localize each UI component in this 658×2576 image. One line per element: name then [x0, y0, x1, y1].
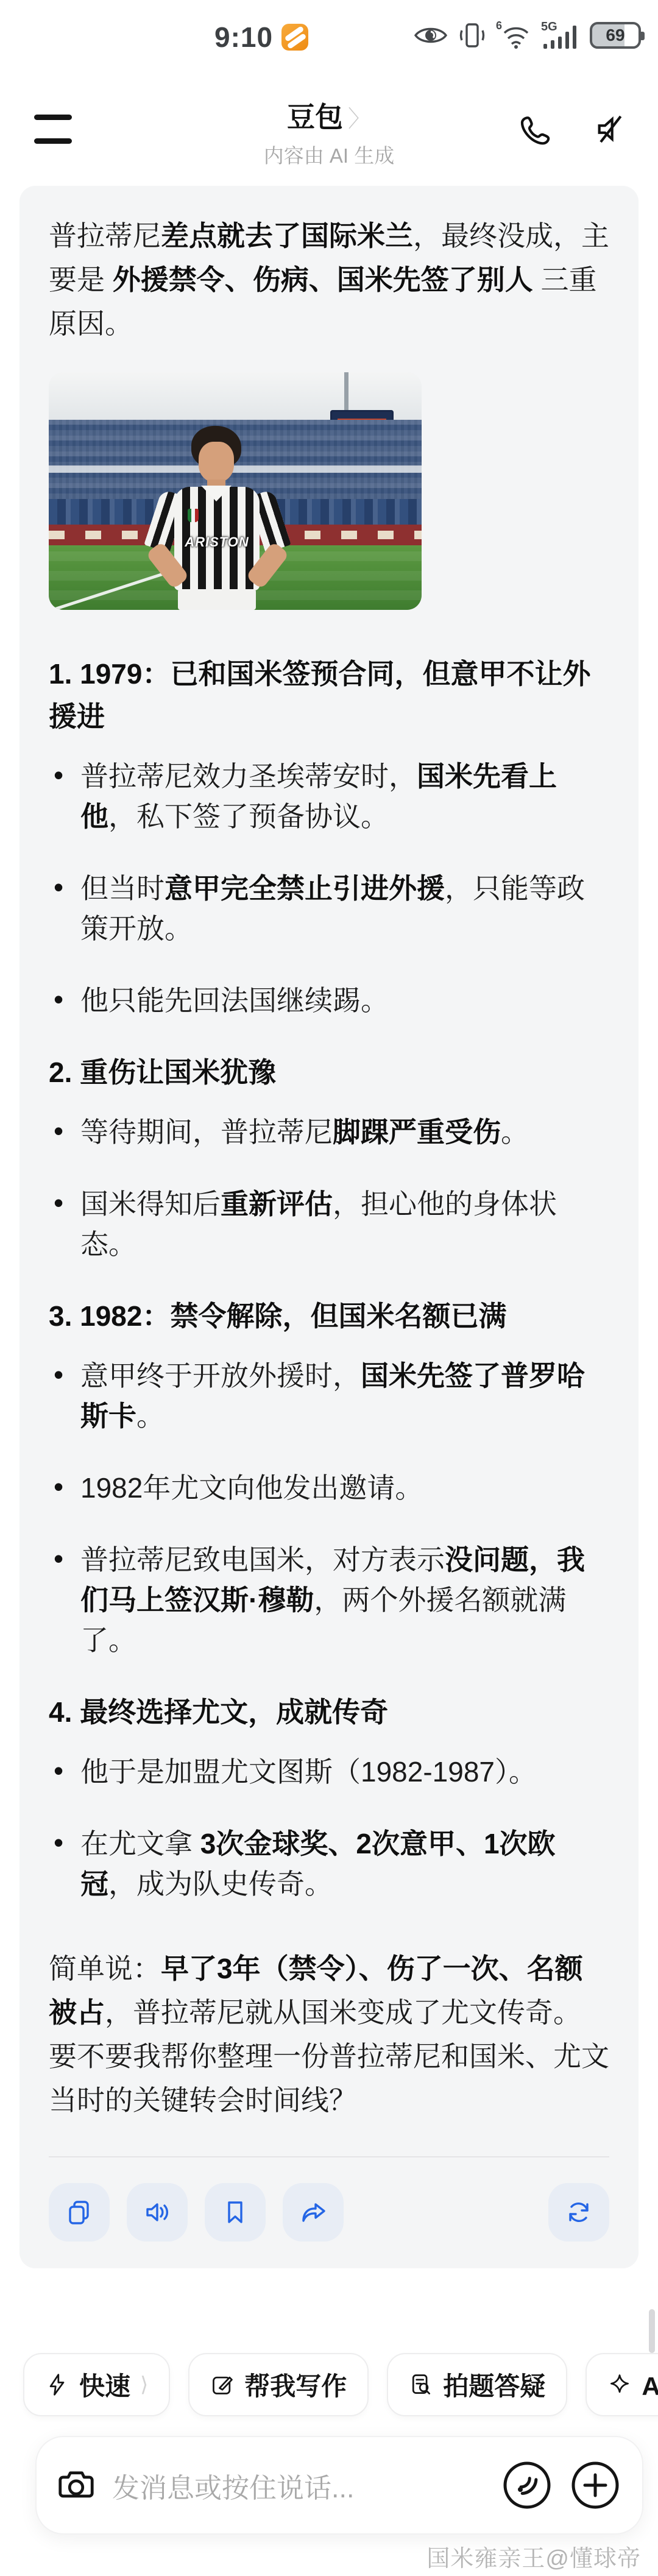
bot-title-row[interactable]: 豆包 〉: [287, 95, 371, 135]
chevron-right-icon: ⟩: [140, 2373, 148, 2397]
list-item: 1982年尤文向他发出邀请。: [49, 1468, 609, 1508]
platini-photo[interactable]: ARISTON: [49, 372, 422, 610]
voice-call-icon[interactable]: [518, 112, 552, 146]
message-input[interactable]: 发消息或按住说话...: [112, 2466, 501, 2505]
chip-label: 快速: [79, 2366, 130, 2403]
message-action-bar: [49, 2183, 609, 2242]
plus-icon[interactable]: [569, 2459, 621, 2511]
summary-block: 简单说：早了3年（禁令）、伤了一次、名额被占，普拉蒂尼就从国米变成了尤文传奇。 …: [49, 1947, 609, 2122]
watermark: 国米雍亲王@懂球帝: [426, 2539, 641, 2573]
voice-wave-icon[interactable]: [501, 2459, 553, 2511]
chip-photo-solve[interactable]: 拍题答疑: [387, 2353, 567, 2416]
chip-ai-create[interactable]: AI 创作: [585, 2353, 658, 2416]
copy-icon: [65, 2198, 93, 2226]
doc-search-icon: [409, 2373, 433, 2397]
section-heading-3: 3. 1982：禁令解除，但国米名额已满: [49, 1295, 609, 1337]
lightning-icon: [45, 2373, 69, 2397]
intro-paragraph: 普拉蒂尼差点就去了国际米兰，最终没成，主要是 外援禁令、伤病、国米先签了别人 三…: [49, 214, 609, 345]
svg-text:6: 6: [496, 21, 502, 32]
status-bar: 9:10 6 5G 69: [0, 17, 658, 56]
bookmark-icon: [221, 2198, 249, 2226]
edit-icon: [210, 2373, 235, 2397]
bookmark-button[interactable]: [205, 2183, 266, 2242]
signal-5g-icon: 5G: [541, 21, 580, 50]
message-input-bar[interactable]: 发消息或按住说话...: [35, 2436, 643, 2535]
regenerate-button[interactable]: [548, 2183, 609, 2242]
photo-player: ARISTON: [154, 426, 281, 610]
read-aloud-button[interactable]: [127, 2183, 188, 2242]
copy-button[interactable]: [49, 2183, 110, 2242]
chip-write[interactable]: 帮我写作: [188, 2353, 369, 2416]
eye-protection-icon: [413, 22, 448, 49]
sound-muted-icon[interactable]: [592, 112, 626, 146]
list-item: 他只能先回法国继续踢。: [49, 980, 609, 1021]
camera-icon[interactable]: [57, 2468, 95, 2502]
list-item: 但当时意甲完全禁止引进外援，只能等政策开放。: [49, 868, 609, 949]
section-list-3: 意甲终于开放外援时，国米先签了普罗哈斯卡。 1982年尤文向他发出邀请。 普拉蒂…: [49, 1352, 609, 1660]
battery-icon: 69: [590, 22, 641, 49]
list-item: 普拉蒂尼致电国米，对方表示没问题，我们马上签汉斯·穆勒，两个外援名额就满了。: [49, 1540, 609, 1660]
chip-quick[interactable]: 快速 ⟩: [23, 2353, 170, 2416]
list-item: 在尤文拿 3次金球奖、2次意甲、1次欧冠，成为队史传奇。: [49, 1824, 609, 1904]
chip-label: 拍题答疑: [443, 2366, 545, 2403]
section-heading-2: 2. 重伤让国米犹豫: [49, 1051, 609, 1094]
list-item: 意甲终于开放外援时，国米先签了普罗哈斯卡。: [49, 1356, 609, 1436]
notification-app-icon: [281, 24, 308, 51]
section-heading-1: 1. 1979：已和国米签预合同，但意甲不让外援进: [49, 653, 609, 738]
quick-action-chips: 快速 ⟩ 帮我写作 拍题答疑 AI 创作: [23, 2353, 658, 2416]
svg-text:5G: 5G: [541, 21, 557, 34]
page-title: 豆包: [287, 95, 343, 135]
section-list-2: 等待期间，普拉蒂尼脚踝严重受伤。 国米得知后重新评估，担心他的身体状态。: [49, 1108, 609, 1264]
summary-line: 简单说：早了3年（禁令）、伤了一次、名额被占，普拉蒂尼就从国米变成了尤文传奇。: [49, 1947, 609, 2034]
jersey-badge: [188, 509, 199, 522]
app-header: 豆包 〉 内容由 AI 生成: [0, 90, 658, 173]
regenerate-icon: [565, 2198, 593, 2226]
divider: [49, 2156, 609, 2157]
jersey-sponsor-text: ARISTON: [174, 534, 260, 550]
speaker-icon: [143, 2198, 171, 2226]
followup-question: 要不要我帮你整理一份普拉蒂尼和国米、尤文当时的关键转会时间线？: [49, 2034, 609, 2122]
clock: 9:10: [214, 21, 273, 54]
section-list-4: 他于是加盟尤文图斯（1982-1987）。 在尤文拿 3次金球奖、2次意甲、1次…: [49, 1748, 609, 1904]
share-button[interactable]: [283, 2183, 344, 2242]
section-list-1: 普拉蒂尼效力圣埃蒂安时，国米先看上他，私下签了预备协议。 但当时意甲完全禁止引进…: [49, 752, 609, 1021]
list-item: 国米得知后重新评估，担心他的身体状态。: [49, 1184, 609, 1264]
vibrate-icon: [458, 21, 486, 50]
list-item: 等待期间，普拉蒂尼脚踝严重受伤。: [49, 1112, 609, 1152]
chip-label: 帮我写作: [244, 2366, 347, 2403]
scrollbar-thumb[interactable]: [649, 2309, 655, 2353]
share-icon: [299, 2198, 327, 2226]
chevron-right-icon: 〉: [348, 100, 371, 133]
chip-label: AI 创作: [642, 2366, 658, 2403]
wifi-6-icon: 6: [496, 21, 531, 50]
section-heading-4: 4. 最终选择尤文，成就传奇: [49, 1691, 609, 1733]
ai-message-bubble: 普拉蒂尼差点就去了国际米兰，最终没成，主要是 外援禁令、伤病、国米先签了别人 三…: [19, 186, 639, 2268]
sparkle-icon: [607, 2373, 632, 2397]
list-item: 他于是加盟尤文图斯（1982-1987）。: [49, 1752, 609, 1792]
list-item: 普拉蒂尼效力圣埃蒂安时，国米先看上他，私下签了预备协议。: [49, 756, 609, 837]
